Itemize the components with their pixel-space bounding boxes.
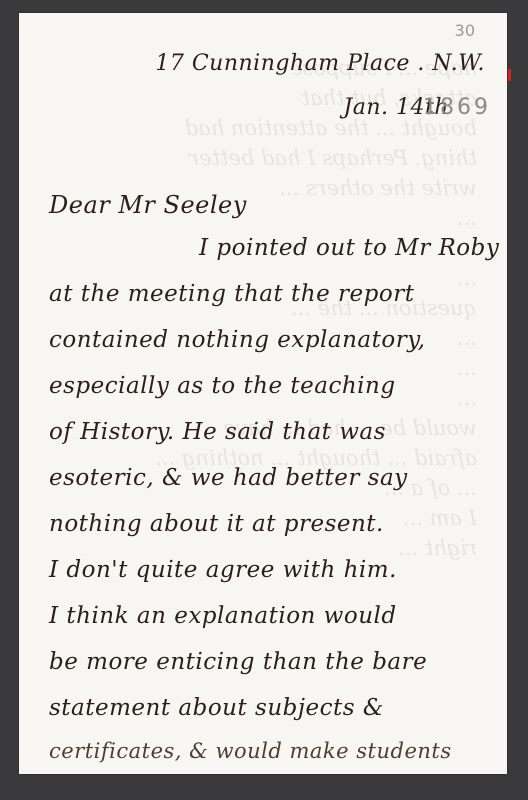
body-line: statement about subjects & xyxy=(49,695,384,721)
body-line: of History. He said that was xyxy=(49,419,386,445)
year-annotation: 1869 xyxy=(423,95,491,120)
body-line: be more enticing than the bare xyxy=(49,649,427,675)
sender-address: 17 Cunningham Place . N.W. xyxy=(155,51,485,76)
body-line: certificates, & would make students xyxy=(49,739,452,763)
body-line: I think an explanation would xyxy=(49,603,397,629)
body-line: I pointed out to Mr Roby xyxy=(199,235,499,261)
body-line: nothing about it at present. xyxy=(49,511,384,537)
salutation: Dear Mr Seeley xyxy=(49,191,247,219)
body-line: especially as to the teaching xyxy=(49,373,396,399)
body-line: at the meeting that the report xyxy=(49,281,414,307)
body-line: contained nothing explanatory, xyxy=(49,327,425,353)
body-line: I don't quite agree with him. xyxy=(49,557,397,583)
letter-page: hope ... I suppose attacks, but that bou… xyxy=(19,13,507,774)
red-edge-marker xyxy=(508,69,511,81)
body-line: esoteric, & we had better say xyxy=(49,465,408,491)
folio-number: 30 xyxy=(455,21,475,40)
